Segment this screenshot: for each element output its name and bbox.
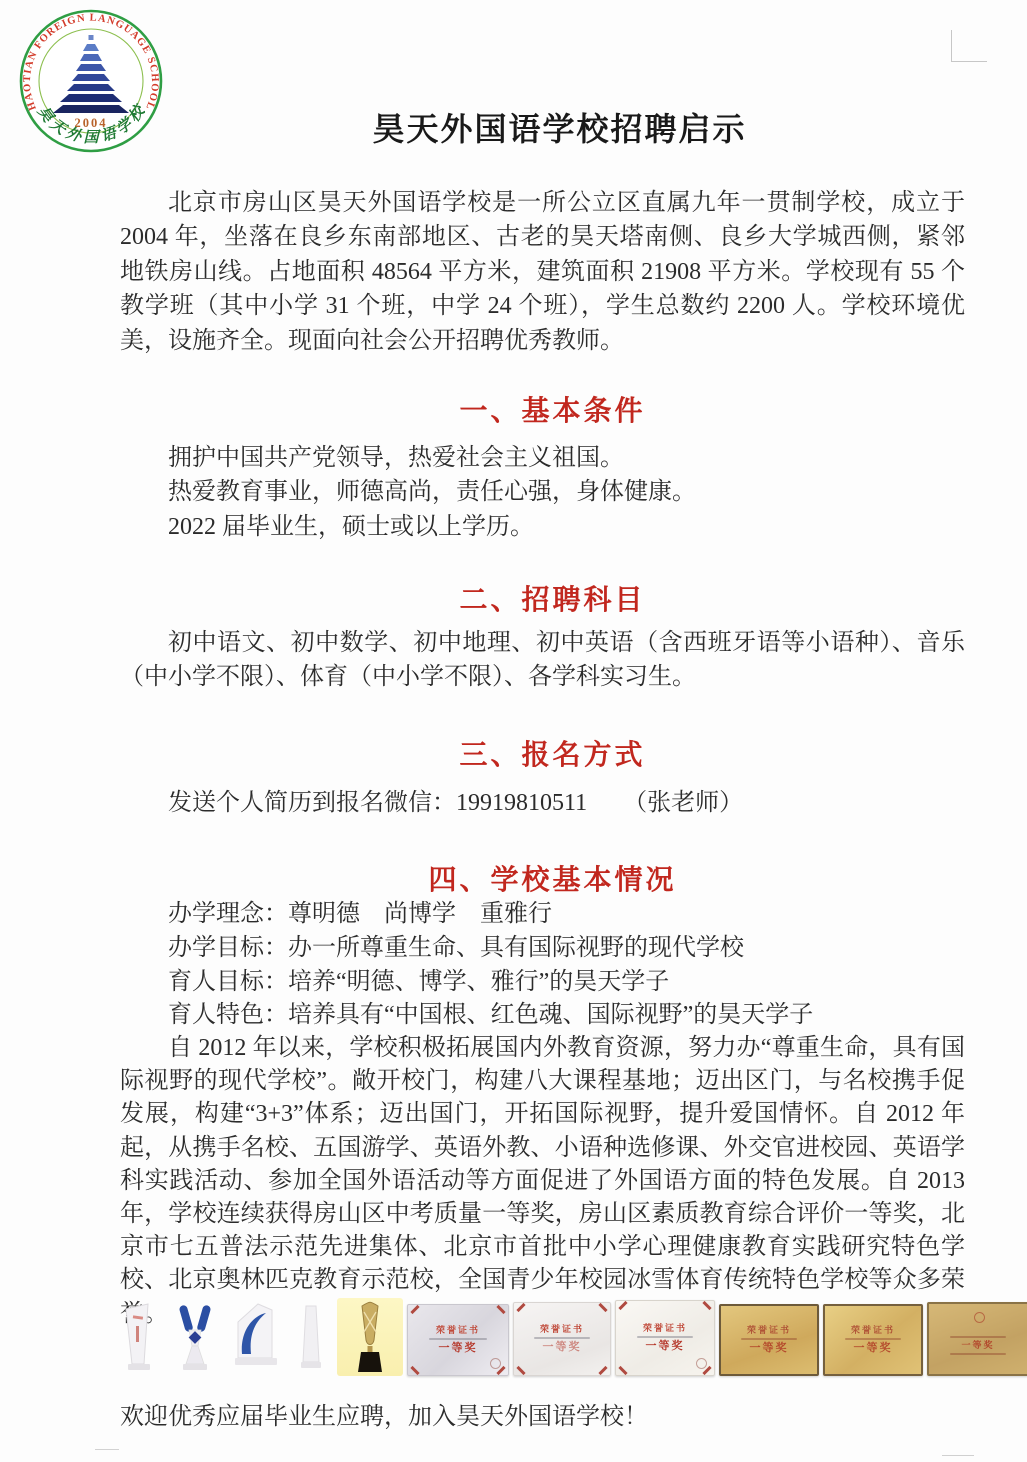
- plaque-title: 荣誉证书: [851, 1326, 895, 1335]
- section-4-info-lines: 办学理念：尊明德 尚博学 重雅行 办学目标：办一所尊重生命、具有国际视野的现代学…: [168, 898, 968, 1033]
- section-3-body: 发送个人简历到报名微信：19919810511 （张老师）: [120, 786, 965, 820]
- plaque-title: 荣誉证书: [540, 1325, 584, 1334]
- scan-edge-mark: [942, 1455, 974, 1456]
- plaque-prize: 一等奖: [854, 1343, 893, 1354]
- closing-line: 欢迎优秀应届毕业生应聘，加入昊天外国语学校！: [120, 1396, 648, 1431]
- recruitment-notice-page: HAOTIAN FOREIGN LANGUAGE SCHOOL 2004 昊 天…: [0, 0, 1027, 1462]
- scan-edge-mark: [95, 1449, 119, 1450]
- scan-corner-mark: [951, 30, 952, 62]
- plaque-prize: 一等奖: [961, 1341, 994, 1350]
- gold-cup-trophy-icon: [337, 1298, 403, 1376]
- plaque-prize: 一等奖: [646, 1341, 685, 1352]
- fork-trophy-icon: [167, 1300, 223, 1376]
- school-goal-line: 办学目标：办一所尊重生命、具有国际视野的现代学校: [168, 932, 968, 966]
- column-trophy-icon: [289, 1300, 333, 1376]
- plaque-prize: 一等奖: [543, 1342, 582, 1353]
- section-2-heading: 二、招聘科目: [0, 578, 1027, 618]
- plaque-prize: 一等奖: [439, 1343, 478, 1354]
- bronze-plaque: 一等奖: [927, 1302, 1027, 1376]
- honor-plaque: 荣誉证书 一等奖: [407, 1304, 509, 1376]
- scan-corner-mark: [951, 61, 987, 62]
- gold-plaque: 荣誉证书 一等奖: [719, 1304, 819, 1376]
- plaque-prize: 一等奖: [750, 1343, 789, 1354]
- school-motto-line: 办学理念：尊明德 尚博学 重雅行: [168, 898, 968, 932]
- section-2-body: 初中语文、初中数学、初中地理、初中英语（含西班牙语等小语种）、音乐（中小学不限）…: [120, 626, 965, 695]
- intro-paragraph: 北京市房山区昊天外国语学校是一所公立区直属九年一贯制学校，成立于 2004 年，…: [120, 186, 965, 358]
- section-1-heading: 一、基本条件: [0, 389, 1027, 429]
- plaque-title: 荣誉证书: [643, 1324, 687, 1333]
- section-1-body: 拥护中国共产党领导，热爱社会主义祖国。 热爱教育事业，师德高尚，责任心强，身体健…: [168, 441, 968, 544]
- section-1-line: 热爱教育事业，师德高尚，责任心强，身体健康。: [168, 475, 968, 509]
- gold-plaque: 荣誉证书 一等奖: [823, 1304, 923, 1376]
- section-1-line: 2022 届毕业生，硕士或以上学历。: [168, 510, 968, 544]
- education-goal-line: 育人目标：培养“明德、博学、雅行”的昊天学子: [168, 966, 968, 1000]
- section-4-paragraph: 自 2012 年以来，学校积极拓展国内外教育资源，努力办“尊重生命，具有国际视野…: [120, 1032, 965, 1331]
- plaque-title: 荣誉证书: [747, 1326, 791, 1335]
- section-3-heading: 三、报名方式: [0, 733, 1027, 773]
- honor-plaque: 荣誉证书 一等奖: [615, 1300, 715, 1376]
- crystal-trophy-icon: [113, 1300, 163, 1376]
- section-4-heading: 四、学校基本情况: [0, 858, 1027, 898]
- plaque-title: 荣誉证书: [436, 1326, 480, 1335]
- awards-photo-strip: 荣誉证书 一等奖 荣誉证书 一等奖 荣誉证书 一等奖 荣誉证书 一等奖 荣誉: [113, 1294, 965, 1376]
- honor-plaque: 荣誉证书 一等奖: [513, 1302, 611, 1376]
- page-title: 昊天外国语学校招聘启示: [0, 104, 1027, 150]
- section-1-line: 拥护中国共产党领导，热爱社会主义祖国。: [168, 441, 968, 475]
- sail-trophy-icon: [227, 1300, 285, 1376]
- education-feature-line: 育人特色：培养具有“中国根、红色魂、国际视野”的昊天学子: [168, 999, 968, 1033]
